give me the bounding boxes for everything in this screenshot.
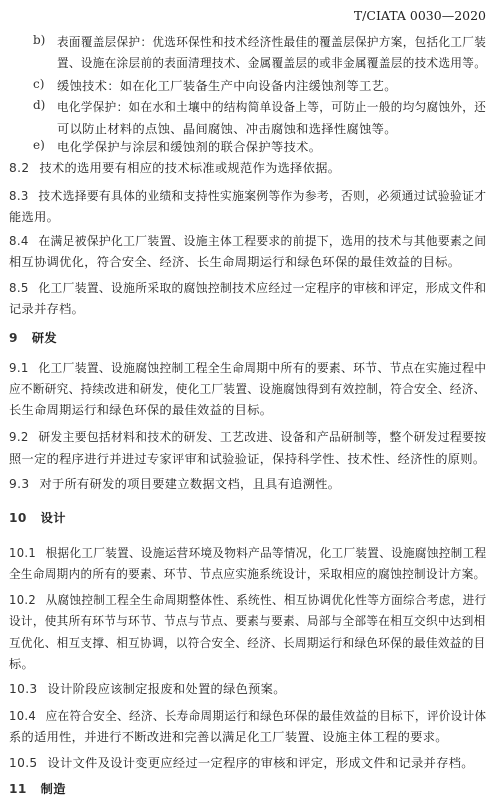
list-label: e): [33, 138, 45, 152]
clause-8-3-cont: 能选用。: [9, 210, 59, 224]
clause-number: 10.5: [9, 756, 38, 770]
clause-text: 化工厂装置、设施腐蚀控制工程全生命周期中所有的要素、环节、节点在实施过程中: [38, 361, 486, 375]
clause-text: 化工厂装置、设施所采取的腐蚀控制技术应经过一定程序的审核和评定，形成文件和: [38, 281, 486, 295]
clause-text: 设计文件及设计变更应经过一定程序的审核和评定，形成文件和记录并存档。: [48, 756, 474, 770]
list-item-b: b) 表面覆盖层保护：优选环保性和技术经济性最佳的覆盖层保护方案，包括化工厂装: [0, 33, 494, 49]
list-label: b): [33, 33, 45, 47]
clause-text: 应在符合安全、经济、长寿命周期运行和绿色环保的最佳效益的目标下，评价设计体: [46, 709, 487, 723]
clause-8-2: 8.2技术的选用要有相应的技术标准或规范作为选择依据。: [9, 161, 340, 175]
section-heading-9: 9研发: [9, 331, 57, 345]
clause-number: 8.4: [9, 234, 29, 248]
list-item-b-cont: 置、设施在涂层前的表面清理技术、金属覆盖层的或非金属覆盖层的技术选用等。: [0, 54, 494, 70]
clause-9-1-cont: 长生命周期运行和绿色环保的最佳效益的目标。: [9, 403, 272, 417]
list-item-d: d) 电化学保护：如在水和土壤中的结构简单设备上等，可防止一般的均匀腐蚀外，还: [0, 98, 494, 114]
clause-9-2-cont: 照一定的程序进行并进过专家评审和试验验证，保持科学性、技术性、经济性的原则。: [9, 452, 485, 466]
clause-9-2: 9.2研发主要包括材料和技术的研发、工艺改进、设备和产品研制等，整个研发过程要按: [9, 430, 486, 444]
clause-number: 8.3: [9, 189, 29, 203]
clause-10-3: 10.3设计阶段应该制定报废和处置的绿色预案。: [9, 682, 286, 696]
clause-10-4: 10.4应在符合安全、经济、长寿命周期运行和绿色环保的最佳效益的目标下，评价设计…: [9, 709, 486, 723]
section-title: 设计: [41, 511, 66, 525]
list-item-d-cont: 可以防止材料的点蚀、晶间腐蚀、冲击腐蚀和选择性腐蚀等。: [0, 120, 494, 136]
clause-text: 在满足被保护化工厂装置、设施主体工程要求的前提下，选用的技术与其他要素之间: [38, 234, 486, 248]
clause-10-2-cont: 设计，使其所有环节与环节、节点与节点、要素与要素、局部与全部等在相互交织中达到相: [9, 614, 486, 628]
list-item-e: e) 电化学保护与涂层和缓蚀剂的联合保护等技术。: [0, 138, 494, 154]
clause-10-1-cont: 全生命周期内的所有的要素、环节、节点应实施系统设计，采取相应的腐蚀控制设计方案。: [9, 567, 486, 581]
list-text: 缓蚀技术：如在化工厂装备生产中向设备内注缓蚀剂等工艺。: [57, 77, 397, 94]
clause-8-5: 8.5化工厂装置、设施所采取的腐蚀控制技术应经过一定程序的审核和评定，形成文件和: [9, 281, 486, 295]
clause-number: 10.2: [9, 593, 36, 607]
list-text: 电化学保护与涂层和缓蚀剂的联合保护等技术。: [57, 138, 321, 155]
clause-text: 技术的选用要有相应的技术标准或规范作为选择依据。: [39, 161, 340, 175]
clause-number: 9.1: [9, 361, 29, 375]
section-number: 10: [9, 511, 27, 525]
section-title: 研发: [32, 331, 57, 345]
document-code: T/CIATA 0030—2020: [354, 8, 486, 23]
clause-8-4: 8.4在满足被保护化工厂装置、设施主体工程要求的前提下，选用的技术与其他要素之间: [9, 234, 486, 248]
list-label: d): [33, 98, 45, 112]
section-title: 制造: [41, 782, 66, 796]
section-heading-11: 11制造: [9, 782, 66, 796]
clause-number: 9.3: [9, 477, 29, 491]
clause-text: 设计阶段应该制定报废和处置的绿色预案。: [48, 682, 286, 696]
list-label: c): [33, 77, 44, 91]
section-heading-10: 10设计: [9, 511, 66, 525]
clause-8-4-cont: 相互协调优化，符合安全、经济、长生命周期运行和绿色环保的最佳效益的目标。: [9, 255, 460, 269]
section-number: 9: [9, 331, 18, 345]
clause-8-5-cont: 记录并存档。: [9, 302, 84, 316]
clause-10-4-cont: 系的适用性，并进行不断改进和完善以满足化工厂装置、设施主体工程的要求。: [9, 730, 448, 744]
list-text: 电化学保护：如在水和土壤中的结构简单设备上等，可防止一般的均匀腐蚀外，还: [57, 98, 486, 115]
clause-9-1-cont: 应不断研究、持续改进和研发，使化工厂装置、设施腐蚀得到有效控制，符合安全、经济、: [9, 382, 486, 396]
clause-8-3: 8.3技术选择要有具体的业绩和支持性实施案例等作为参考，否则，必须通过试验验证才: [9, 189, 486, 203]
clause-number: 10.3: [9, 682, 38, 696]
list-text: 表面覆盖层保护：优选环保性和技术经济性最佳的覆盖层保护方案，包括化工厂装: [57, 33, 486, 50]
clause-number: 8.2: [9, 161, 29, 175]
clause-text: 对于所有研发的项目要建立数据文档，且具有追溯性。: [39, 477, 340, 491]
list-text: 置、设施在涂层前的表面清理技术、金属覆盖层的或非金属覆盖层的技术选用等。: [57, 54, 486, 71]
list-item-c: c) 缓蚀技术：如在化工厂装备生产中向设备内注缓蚀剂等工艺。: [0, 77, 494, 93]
clause-9-3: 9.3对于所有研发的项目要建立数据文档，且具有追溯性。: [9, 477, 340, 491]
clause-number: 10.1: [9, 546, 36, 560]
clause-number: 10.4: [9, 709, 36, 723]
clause-number: 8.5: [9, 281, 29, 295]
clause-9-1: 9.1化工厂装置、设施腐蚀控制工程全生命周期中所有的要素、环节、节点在实施过程中: [9, 361, 486, 375]
clause-10-1: 10.1根据化工厂装置、设施运营环境及物料产品等情况，化工厂装置、设施腐蚀控制工…: [9, 546, 486, 560]
clause-text: 研发主要包括材料和技术的研发、工艺改进、设备和产品研制等，整个研发过程要按: [38, 430, 486, 444]
clause-10-2: 10.2从腐蚀控制工程全生命周期整体性、系统性、相互协调优化性等方面综合考虑，进…: [9, 593, 486, 607]
clause-text: 根据化工厂装置、设施运营环境及物料产品等情况，化工厂装置、设施腐蚀控制工程: [46, 546, 487, 560]
list-text: 可以防止材料的点蚀、晶间腐蚀、冲击腐蚀和选择性腐蚀等。: [57, 120, 397, 137]
section-number: 11: [9, 782, 27, 796]
clause-text: 技术选择要有具体的业绩和支持性实施案例等作为参考，否则，必须通过试验验证才: [38, 189, 486, 203]
clause-number: 9.2: [9, 430, 29, 444]
clause-text: 从腐蚀控制工程全生命周期整体性、系统性、相互协调优化性等方面综合考虑，进行: [46, 593, 487, 607]
clause-10-5: 10.5设计文件及设计变更应经过一定程序的审核和评定，形成文件和记录并存档。: [9, 756, 474, 770]
clause-10-2-cont: 互优化、相互支撑、相互协调，以符合安全、经济、长周期运行和绿色环保的最佳效益的目: [9, 636, 486, 650]
clause-10-2-cont: 标。: [9, 657, 34, 671]
